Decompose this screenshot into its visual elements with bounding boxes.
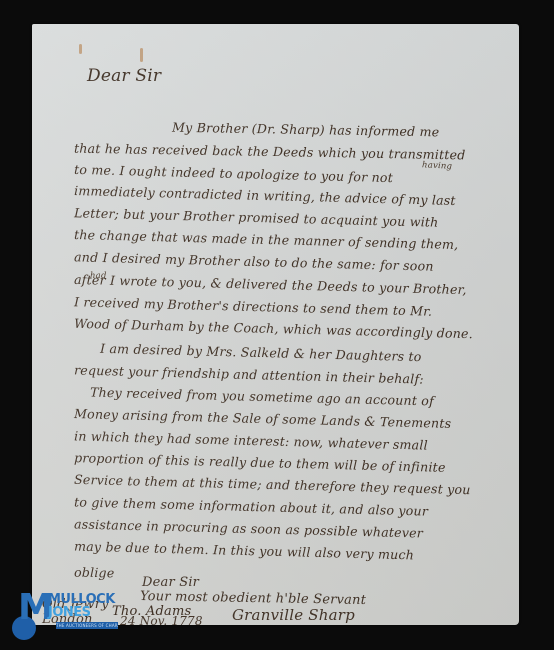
letter-line: in which they had some interest: now, wh…: [74, 430, 428, 452]
letter-line: Service to them at this time; and theref…: [74, 474, 471, 497]
closing-salutation: Dear Sir: [142, 576, 199, 589]
letter-paper: Dear Sir My Brother (Dr. Sharp) has info…: [32, 24, 519, 625]
letter-line: may be due to them. In this you will als…: [74, 541, 414, 562]
auction-house-watermark-logo: M MULLOCK JONES THE AUCTIONEERS OF CHARA…: [8, 592, 116, 644]
salutation: Dear Sir: [87, 68, 161, 85]
letter-line: to give them some information about it, …: [74, 496, 428, 518]
signature: Granville Sharp: [232, 608, 355, 623]
logo-line2: JONES: [48, 605, 91, 620]
letter-line: oblige: [74, 567, 115, 580]
letter-line: assistance in procuring as soon as possi…: [74, 518, 423, 540]
ink-stain: [79, 44, 82, 54]
letter-line: after I wrote to you, & delivered the De…: [74, 274, 467, 297]
logo-tagline-bar: THE AUCTIONEERS OF CHARACTER: [56, 622, 118, 629]
ink-stain: [140, 48, 143, 62]
letter-line: I received my Brother's directions to se…: [74, 296, 432, 318]
letter-line: and I desired my Brother also to do the …: [74, 251, 434, 273]
letter-line: I am desired by Mrs. Salkeld & her Daugh…: [100, 343, 422, 364]
letter-line: immediately contradicted in writing, the…: [74, 185, 456, 208]
letter-line: to me. I ought indeed to apologize to yo…: [74, 164, 393, 185]
letter-line: Letter; but your Brother promised to acq…: [74, 207, 439, 229]
addressee: Tho. Adams: [112, 605, 191, 618]
letter-line: My Brother (Dr. Sharp) has informed me: [172, 122, 440, 139]
interlinear-insertion: having: [422, 161, 453, 171]
letter-line: Money arising from the Sale of some Land…: [74, 408, 452, 430]
letter-line: request your friendship and attention in…: [74, 364, 424, 386]
letter-line: Wood of Durham by the Coach, which was a…: [74, 318, 473, 341]
logo-tagline: THE AUCTIONEERS OF CHARACTER: [56, 622, 118, 629]
letter-line: proportion of this is really due to them…: [74, 452, 446, 474]
letter-line: the change that was made in the manner o…: [74, 229, 459, 252]
letter-line: that he has received back the Deeds whic…: [74, 143, 466, 162]
letter-line: They received from you sometime ago an a…: [90, 386, 434, 408]
